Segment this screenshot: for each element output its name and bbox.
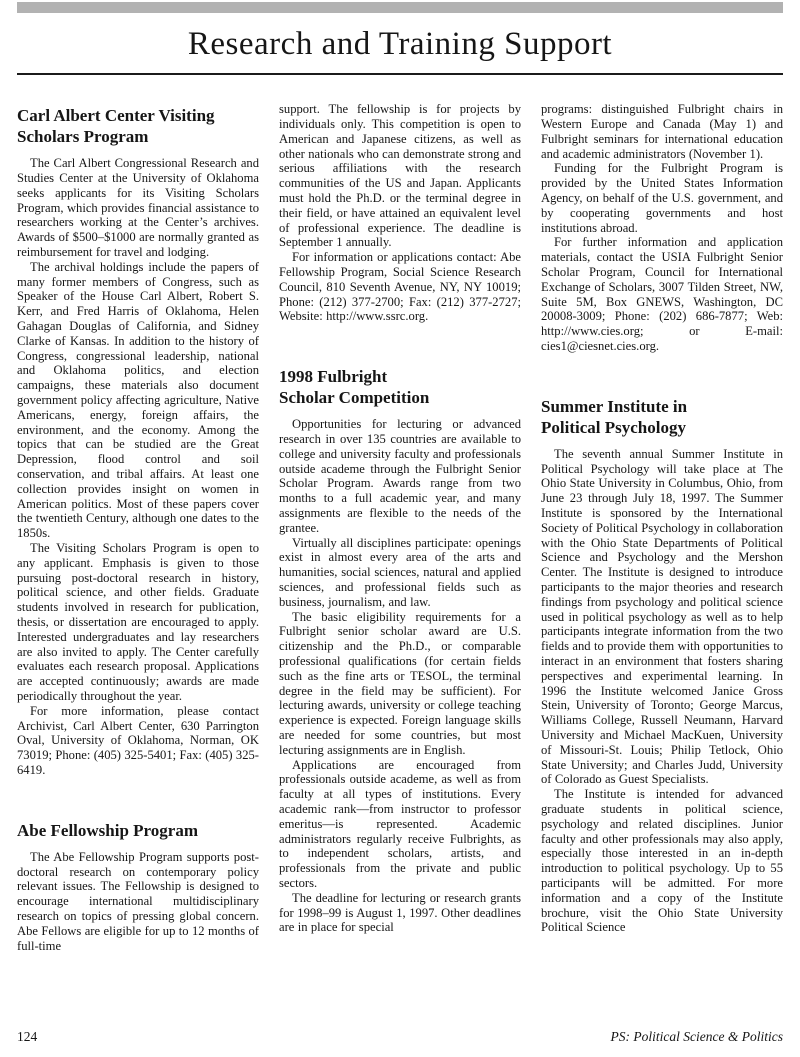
- column-3: programs: distinguished Fulbright chairs…: [541, 102, 783, 953]
- article-columns: Carl Albert Center Visiting Scholars Pro…: [17, 102, 783, 953]
- paragraph: For more information, please contact Arc…: [17, 704, 259, 778]
- section-heading: Carl Albert Center Visiting Scholars Pro…: [17, 105, 259, 147]
- paragraph: The Visiting Scholars Program is open to…: [17, 541, 259, 704]
- paragraph: Virtually all disciplines participate: o…: [279, 536, 521, 610]
- journal-page: Research and Training Support Carl Alber…: [0, 0, 800, 1057]
- paragraph: Applications are encouraged from profess…: [279, 758, 521, 891]
- paragraph: For information or applications contact:…: [279, 250, 521, 324]
- paragraph: The Carl Albert Congressional Research a…: [17, 156, 259, 260]
- paragraph: The Institute is intended for advanced g…: [541, 787, 783, 935]
- top-bar: [17, 2, 783, 13]
- section-heading: 1998 Fulbright Scholar Competition: [279, 366, 521, 408]
- column-1: Carl Albert Center Visiting Scholars Pro…: [17, 102, 259, 953]
- paragraph: Funding for the Fulbright Program is pro…: [541, 161, 783, 235]
- paragraph: The deadline for lecturing or research g…: [279, 891, 521, 935]
- paragraph: The archival holdings include the papers…: [17, 260, 259, 541]
- section-heading: Abe Fellowship Program: [17, 820, 259, 841]
- paragraph: Opportunities for lecturing or advanced …: [279, 417, 521, 535]
- page-number: 124: [17, 1029, 37, 1045]
- paragraph: The basic eligibility requirements for a…: [279, 610, 521, 758]
- journal-title: PS: Political Science & Politics: [611, 1029, 783, 1045]
- column-2: support. The fellowship is for projects …: [279, 102, 521, 953]
- header-rule: [17, 73, 783, 75]
- paragraph: The seventh annual Summer Institute in P…: [541, 447, 783, 787]
- paragraph: support. The fellowship is for projects …: [279, 102, 521, 250]
- page-title: Research and Training Support: [17, 26, 783, 62]
- paragraph: programs: distinguished Fulbright chairs…: [541, 102, 783, 161]
- page-footer: 124 PS: Political Science & Politics: [17, 1029, 783, 1047]
- section-heading: Summer Institute in Political Psychology: [541, 396, 783, 438]
- paragraph: For further information and application …: [541, 235, 783, 353]
- paragraph: The Abe Fellowship Program supports post…: [17, 850, 259, 954]
